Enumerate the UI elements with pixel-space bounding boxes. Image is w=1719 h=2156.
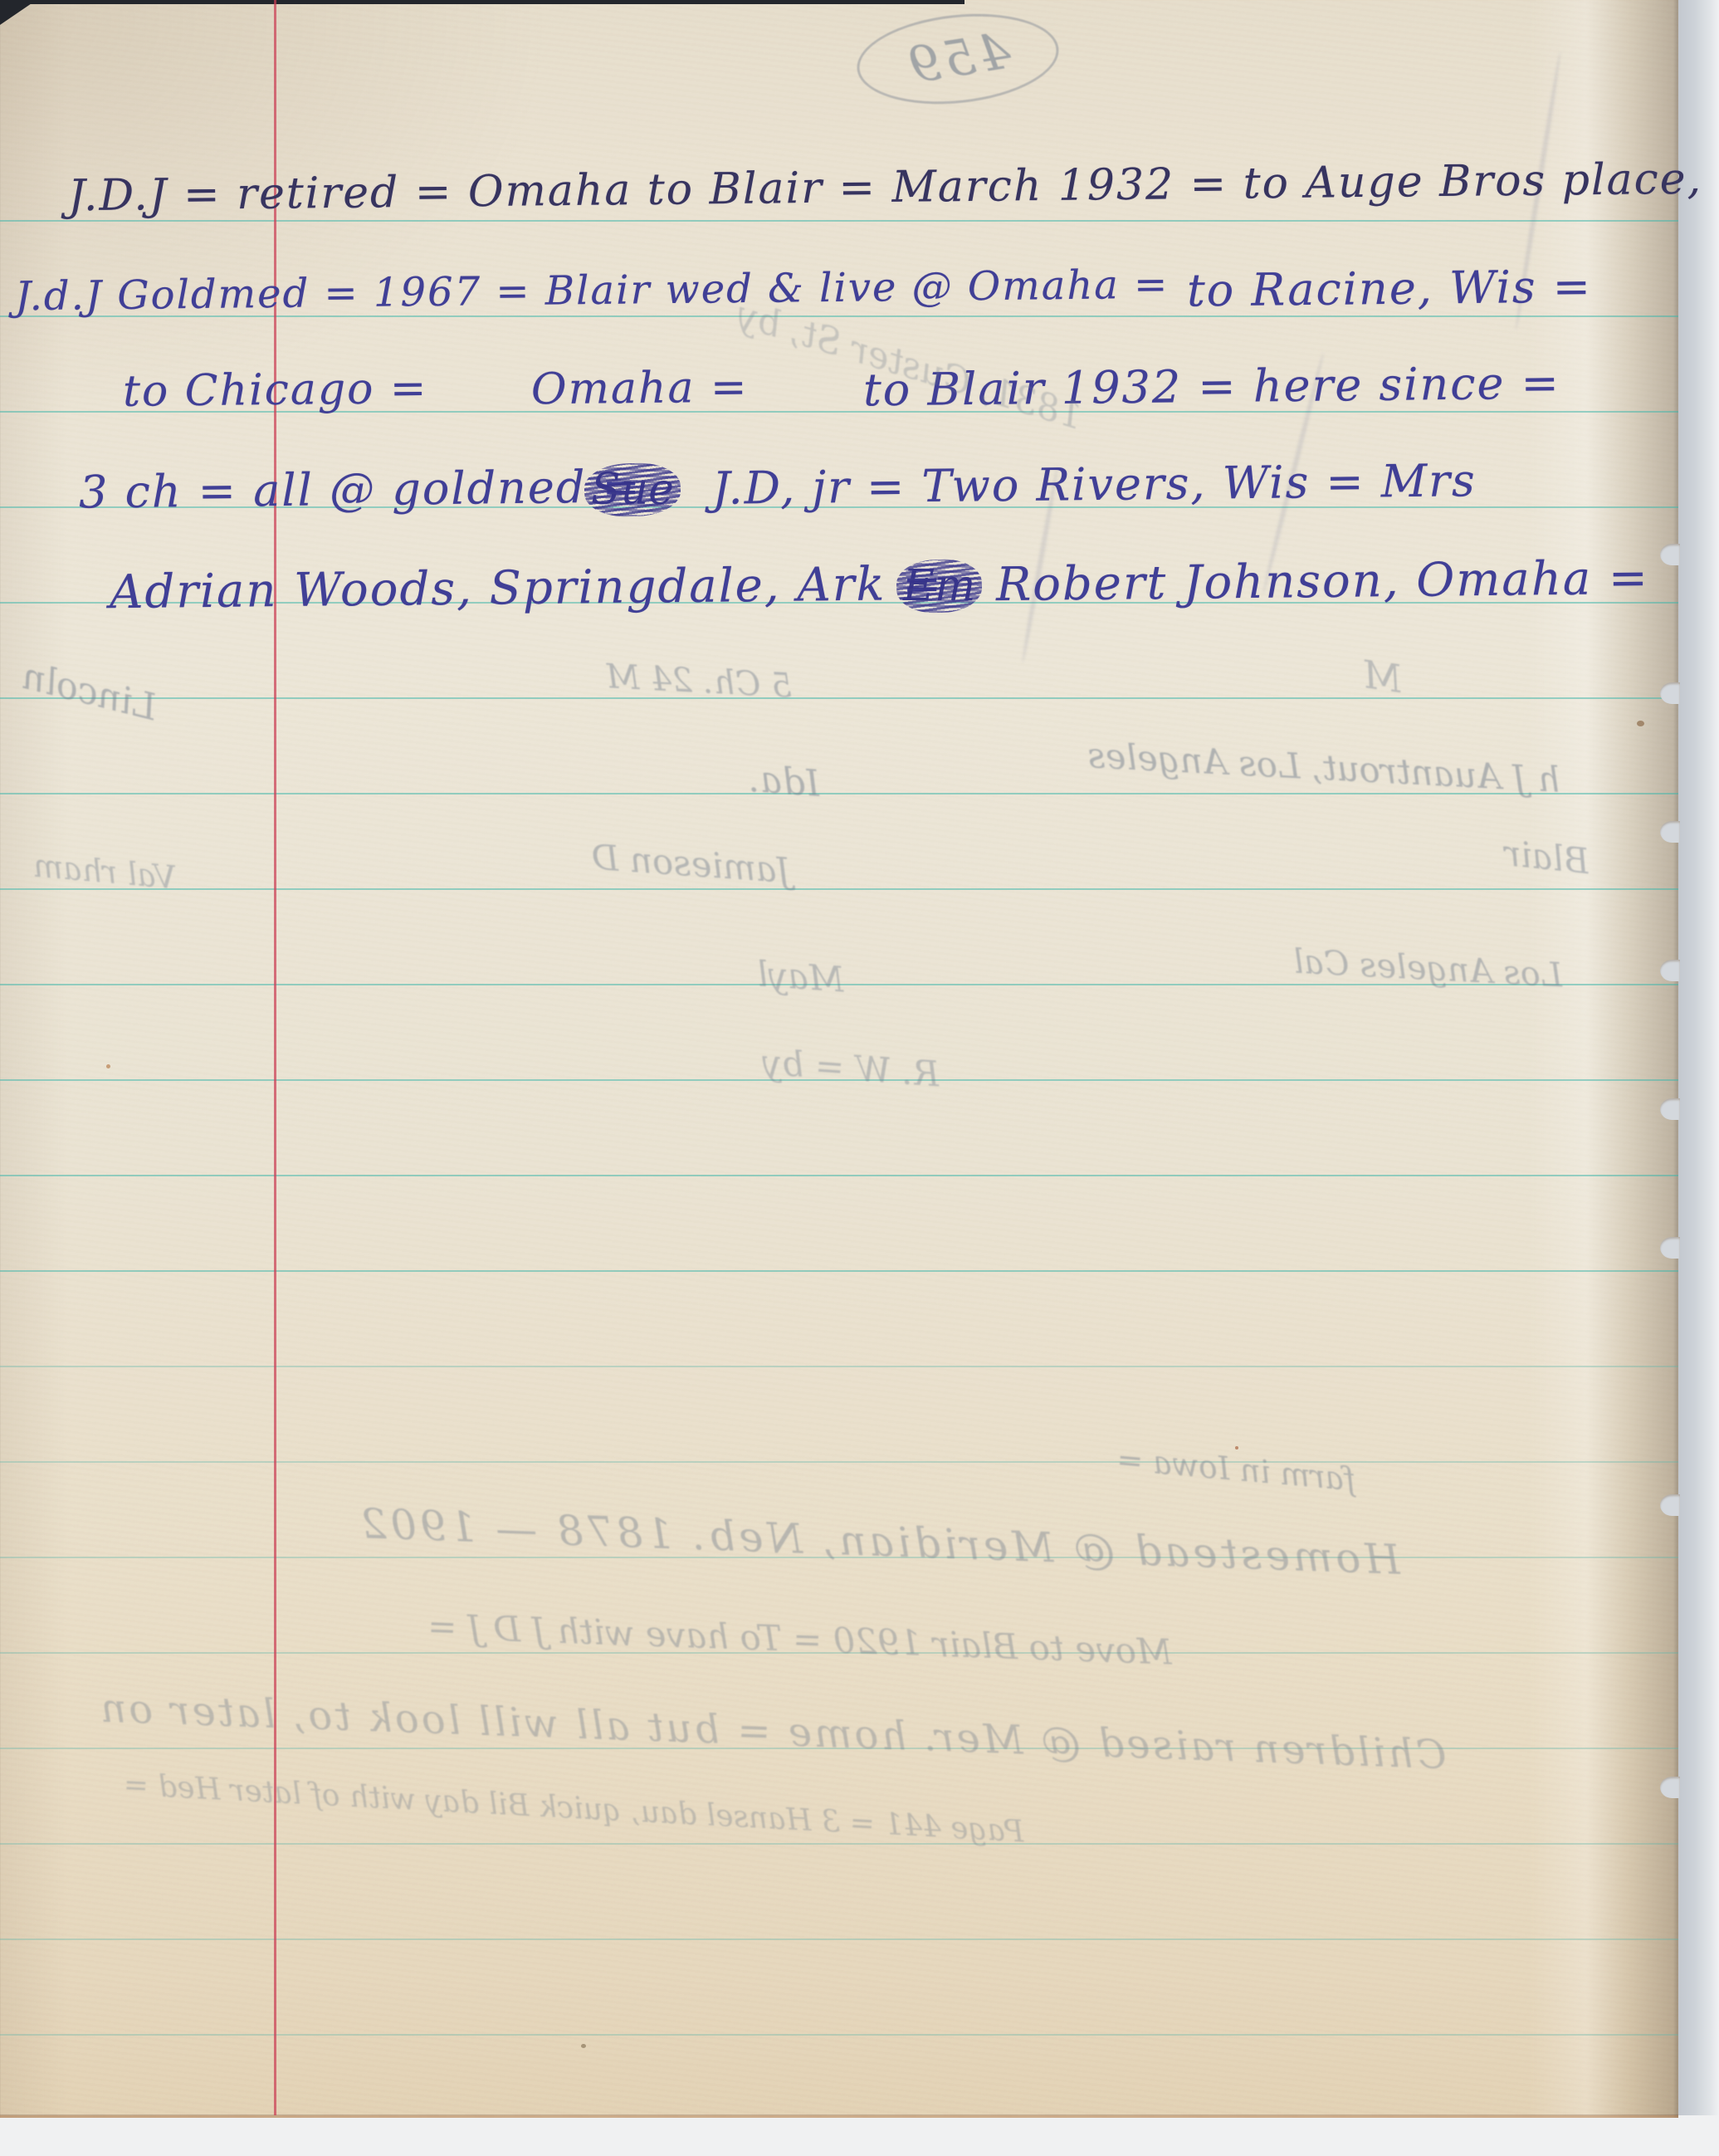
stitch-notch <box>1660 682 1680 704</box>
rule-line <box>0 1270 1678 1272</box>
page-number-stamp: 459 <box>852 5 1063 114</box>
handwriting-line-4-seg-2: J.D, jr = Two Rivers, Wis = Mrs <box>712 454 1477 515</box>
rule-line <box>0 1938 1678 1940</box>
scanner-background-right <box>1678 0 1719 2115</box>
bleed-through-text: Ida. <box>747 758 821 805</box>
handwriting-line-3-seg-1: to Chicago = <box>123 364 428 417</box>
bleed-through-text: R. W = by <box>761 1042 941 1095</box>
bleed-through-text: Move to Blair 1920 = To have with J D J … <box>427 1606 1173 1672</box>
paper-speck <box>106 1064 110 1068</box>
stitch-notch <box>1660 1494 1680 1516</box>
scan-top-edge <box>0 0 964 4</box>
handwriting-line-5-seg-1: Adrian Woods, Springdale, Ark = <box>110 557 944 620</box>
bleed-through-text: Lincoln <box>17 655 161 729</box>
rule-line <box>0 1366 1678 1367</box>
rule-line <box>0 697 1678 699</box>
bleed-through-text: Blair <box>1502 833 1591 882</box>
bleed-through-text: Children raised @ Mer. home = but all wi… <box>98 1685 1448 1779</box>
handwriting-line-4-seg-1: 3 ch = all @ goldned = <box>79 460 642 518</box>
bleed-through-text: Jamieson D <box>590 837 793 892</box>
stitch-notch <box>1660 1237 1680 1259</box>
rule-line <box>0 1175 1678 1176</box>
bleed-through-text: Mayl <box>755 953 845 1000</box>
bleed-through-text: Homestead @ Meridian, Neb. 1878 — 1902 <box>356 1499 1401 1584</box>
handwriting-line-5-seg-2: Robert Johnson, Omaha = <box>996 551 1650 612</box>
page-number-text: 459 <box>901 22 1014 96</box>
stitch-notch <box>1660 1098 1680 1120</box>
scanned-notebook-page: 459 J.D.J = retired = Omaha to Blair = M… <box>0 0 1719 2156</box>
paper-speck <box>581 2044 586 2048</box>
handwriting-line-3-seg-2: Omaha = <box>531 363 749 415</box>
stitch-notch <box>1660 821 1680 843</box>
rule-line <box>0 1843 1678 1845</box>
stitch-notch <box>1660 960 1680 981</box>
bleed-through-text: Los Angeles Cal <box>1292 943 1564 995</box>
stitch-notch <box>1660 1777 1680 1798</box>
clipped-corner <box>0 0 37 25</box>
rule-line <box>0 220 1678 222</box>
bleed-through-text: M <box>1360 652 1404 702</box>
stitch-notch <box>1660 544 1680 565</box>
scribbled-out-word: Em <box>903 561 975 611</box>
paper-sheet: 459 J.D.J = retired = Omaha to Blair = M… <box>0 0 1678 2118</box>
rule-line <box>0 888 1678 890</box>
paper-speck <box>1235 1446 1238 1450</box>
bleed-through-text: h J Auantrout, Los Angeles <box>1087 735 1561 800</box>
bleed-through-text: Page 441 = 3 Hansel dau, quick Bil day w… <box>123 1768 1025 1850</box>
handwriting-line-1: J.D.J = retired = Omaha to Blair = March… <box>68 154 1703 222</box>
scribbled-out-word: Sue <box>591 465 674 515</box>
rule-line <box>0 1461 1678 1463</box>
handwriting-line-2-seg-1: J.d.J Goldmed = 1967 = Blair wed & live … <box>15 262 1170 320</box>
scanner-background-bottom <box>0 2115 1719 2156</box>
handwriting-line-2-seg-2: to Racine, Wis = <box>1187 260 1593 316</box>
paper-speck <box>1637 721 1644 726</box>
rule-line <box>0 2034 1678 2036</box>
